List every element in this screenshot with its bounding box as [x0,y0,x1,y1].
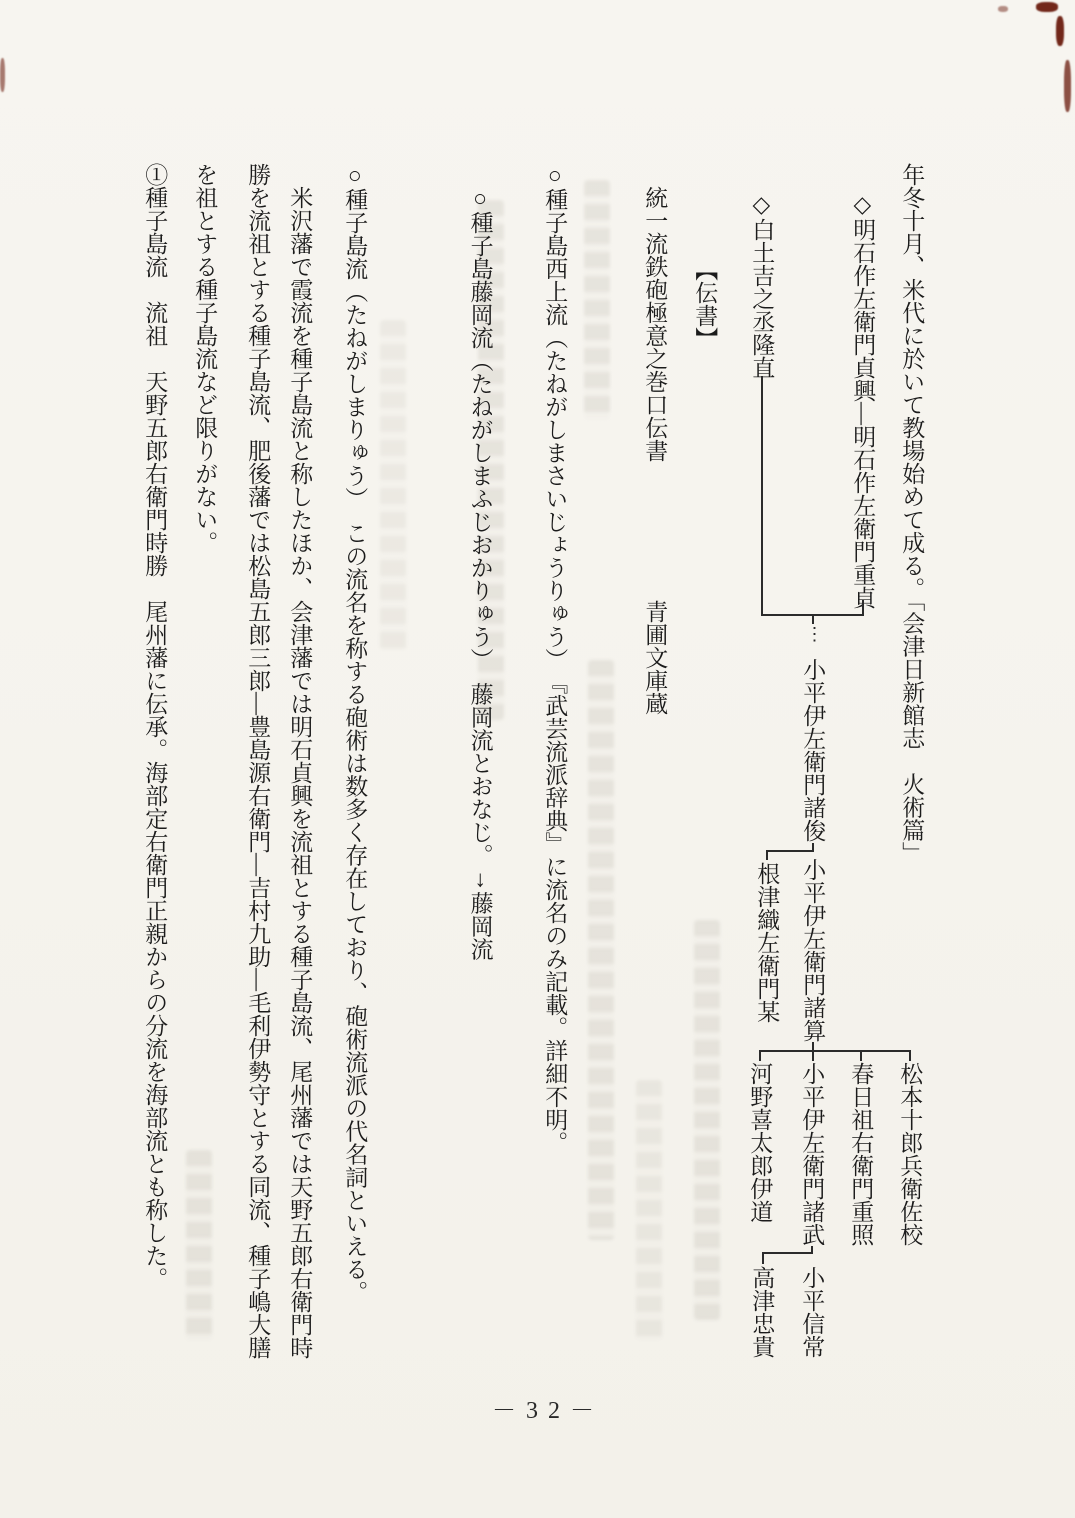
genealogy-line-branch [766,850,814,852]
densho-repository: 青圃文庫蔵 [642,600,667,715]
genealogy-line [759,1052,761,1061]
lineage-akashi-column: ◇明石作左衛門貞興―明石作左衛門重貞 [850,192,875,609]
densho-heading: 【伝書】 [692,258,717,350]
continuation-dots-icon: ⋮ [804,624,826,647]
genealogy-line-shirato-drop [761,376,763,616]
entry-fujioka-reference: 藤岡流 [468,892,493,961]
entry-tanegashima-body-col1: 米沢藩で霞流を種子島流と称したほか、会津藩では明石貞興を流祖とする種子島流、尾州… [287,163,312,1359]
entry-tanegashima-heading: ○種子島流（たねがしまりゅう） この流名を称する砲術は数多く存在しており、砲術流… [342,163,367,1304]
entry-fujioka-ryu: ○種子島藤岡流（たねがしまふじおかりゅう） 藤岡流とおなじ。↓藤岡流 [442,163,518,961]
genealogy-line [812,1052,814,1061]
scan-stain [0,58,5,92]
genealogy-name: 小平伊左衛門諸算 [800,858,825,1042]
scan-stain [1036,2,1058,12]
bleedthrough-ghost [636,1080,662,1340]
genealogy-line-branch [759,1050,911,1052]
genealogy-name: 河野喜太郎伊道 [747,1062,772,1223]
lineage-shirato-column: ◇白土吉之丞隆直 [749,192,774,379]
entry-tanegashima-body-col3: を祖とする種子島流など限りがない。 [192,163,217,554]
bleedthrough-ghost [380,320,406,650]
bleedthrough-ghost [694,920,720,1320]
genealogy-line [909,1052,911,1061]
entry-fujioka-text: ○種子島藤岡流（たねがしまふじおかりゅう） 藤岡流とおなじ。 [468,186,493,867]
cross-reference-arrow-icon: ↓ [468,867,493,892]
genealogy-line-center-stub [812,616,814,624]
page-number: －32－ [492,1390,604,1425]
entry-saijo-ryu: ○種子島西上流（たねがしまさいじょうりゅう） 『武芸流派辞典』に流名のみ記載。詳… [542,163,567,1154]
genealogy-line [766,852,768,860]
genealogy-name: 高津忠貴 [749,1266,774,1358]
genealogy-name: 根津織左衛門某 [754,862,779,1023]
entry-numbered-1: ①種子島流 流祖 天野五郎右衛門時勝 尾州藩に伝承。海部定右衛門正親からの分流を… [142,163,167,1290]
scanned-page: 年冬十月、米代に於いて教場始めて成る。「会津日新館志 火術篇」 ◇明石作左衛門貞… [0,0,1075,1518]
entry-tanegashima-body-col2: 勝を流祖とする種子島流、肥後藩では松島五郎三郎―豊島源右衛門―吉村九助―毛利伊勢… [245,163,270,1359]
genealogy-line [860,1052,862,1061]
bleedthrough-ghost [584,180,610,420]
genealogy-line-branch [762,1252,813,1254]
densho-item-title: 統一流鉄砲極意之巻口伝書 [642,186,667,462]
scan-stain [1064,60,1071,112]
genealogy-line [762,1254,764,1264]
history-note-column: 年冬十月、米代に於いて教場始めて成る。「会津日新館志 火術篇」 [899,163,924,865]
scan-stain [998,6,1008,12]
bleedthrough-ghost [588,660,614,1240]
bleedthrough-ghost [186,1150,212,1340]
genealogy-name: 小平伊左衛門諸武 [799,1062,824,1246]
genealogy-name: 小平信常 [799,1266,824,1358]
genealogy-name: 春日祖右衛門重照 [848,1062,873,1246]
genealogy-name: 小平伊左衛門諸俊 [800,658,825,842]
scan-stain [1056,16,1064,46]
genealogy-name: 松本十郎兵衛佐校 [897,1062,922,1246]
